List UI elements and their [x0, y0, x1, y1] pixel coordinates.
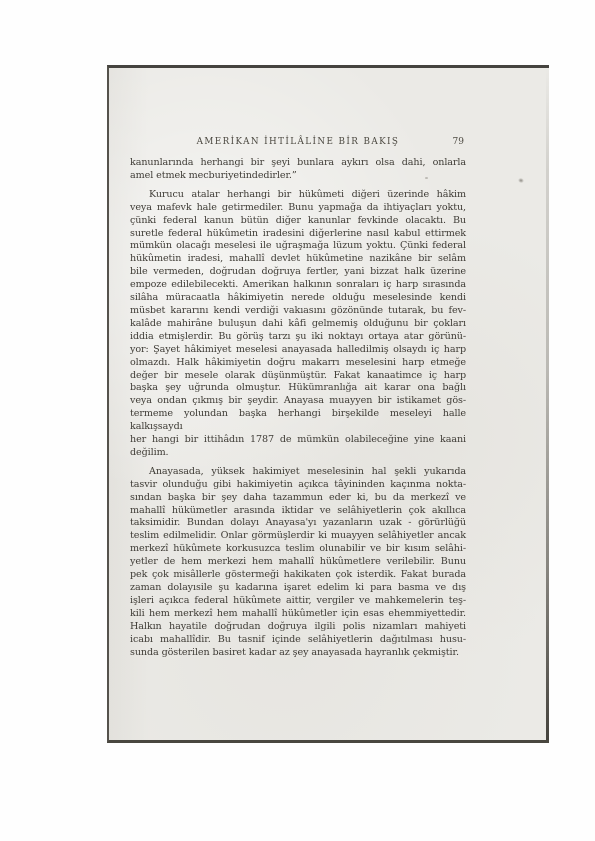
text-line: başka şey uğrunda olmuştur. Hükümranlığa… — [130, 382, 466, 395]
text-line: hükûmetin iradesi, mahallî devlet hükûme… — [130, 253, 466, 266]
text-line: Halkın hayatile doğrudan doğruya ilgili … — [130, 621, 466, 634]
scan-artifact-speck — [425, 177, 428, 179]
text-line: değer bir mesele olarak düşünmüştür. Fak… — [130, 370, 466, 383]
text-line: bile vermeden, doğrudan doğruya fertler,… — [130, 266, 466, 279]
text-line: işleri açıkca federal hükûmete aittir, v… — [130, 595, 466, 608]
text-line: taksimidir. Bundan dolayı Anayasa'yı yaz… — [130, 517, 466, 530]
text-line: suretle federal hükûmetin iradesini diğe… — [130, 228, 466, 241]
text-line: merkezî hükûmete korkusuzca teslim oluna… — [130, 543, 466, 556]
text-line: kanunlarında herhangi bir şeyi bunlara a… — [130, 157, 466, 170]
text-line: müsbet kararını kendi verdiği vakıasını … — [130, 305, 466, 318]
text-line: olmazdı. Halk hâkimiyetin doğru makarrı … — [130, 357, 466, 370]
text-line: her hangi bir ittihâdın 1787 de mümkün o… — [130, 434, 466, 447]
text-line: sunda gösterilen basiret kadar az şey an… — [130, 647, 466, 660]
text-line: kili hem merkezî hem mahallî hükûmetler … — [130, 608, 466, 621]
text-block: kanunlarında herhangi bir şeyi bunlara a… — [130, 157, 466, 659]
page-number: 79 — [453, 137, 464, 147]
paragraph: kanunlarında herhangi bir şeyi bunlara a… — [130, 157, 466, 183]
text-line: sından başka bir şey daha tazammun eder … — [130, 492, 466, 505]
text-line: veya mafevk hale getirmediler. Bunu yapm… — [130, 202, 466, 215]
text-line: icabı mahallîdir. Bu tasnif içinde selâh… — [130, 634, 466, 647]
text-line: mümkün olacağı meselesi ile uğraşmağa lü… — [130, 240, 466, 253]
text-line: zaman dolayısile şu kadarına işaret edel… — [130, 582, 466, 595]
text-line: yor: Şayet hâkimiyet meselesi anayasada … — [130, 344, 466, 357]
page-header-title: AMERİKAN İHTİLÂLİNE BİR BAKIŞ — [130, 137, 466, 147]
paragraph: Anayasada, yüksek hakimiyet meselesinin … — [130, 466, 466, 660]
scan-background: { "colors": { "background": "#fefefe", "… — [0, 0, 595, 841]
text-line: termeme yolundan başka herhangi birşekil… — [130, 408, 466, 434]
paragraph: Kurucu atalar herhangi bir hükûmeti diğe… — [130, 189, 466, 460]
scanned-book-page: AMERİKAN İHTİLÂLİNE BİR BAKIŞ 79 kanunla… — [107, 65, 549, 743]
text-line: teslim edilmelidir. Onlar görmüşlerdir k… — [130, 530, 466, 543]
running-head: AMERİKAN İHTİLÂLİNE BİR BAKIŞ 79 — [130, 137, 466, 149]
text-line: Anayasada, yüksek hakimiyet meselesinin … — [130, 466, 466, 479]
text-line: değilim. — [130, 447, 466, 460]
text-line: mahallî hükümetler arasında iktidar ve s… — [130, 505, 466, 518]
text-line: amel etmek mecburiyetindedirler.” — [130, 170, 466, 183]
text-line: yetler de hem merkezi hem mahallî hükûme… — [130, 556, 466, 569]
text-line: çünki federal kanun bütün diğer kanunlar… — [130, 215, 466, 228]
text-line: veya ondan çıkmış bir şeydir. Anayasa mu… — [130, 395, 466, 408]
text-line: empoze edilebilecekti. Amerikan halkının… — [130, 279, 466, 292]
text-line: kalâde mahirâne buluşun dahi kâfi gelmem… — [130, 318, 466, 331]
text-line: Kurucu atalar herhangi bir hükûmeti diğe… — [130, 189, 466, 202]
scan-artifact-speck — [517, 177, 524, 184]
text-line: silâha müracaatla hâkimiyetin nerede old… — [130, 292, 466, 305]
text-line: tasvir olunduğu gibi hakimiyetin açıkca … — [130, 479, 466, 492]
text-line: pek çok misâllerle göstermeği hakikaten … — [130, 569, 466, 582]
text-line: iddia etmişlerdir. Bu görüş tarzı şu iki… — [130, 331, 466, 344]
